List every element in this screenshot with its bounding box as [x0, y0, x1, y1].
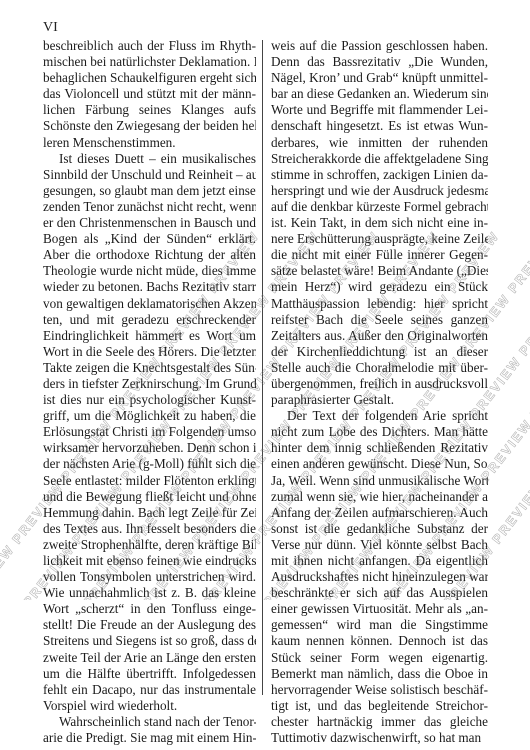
text-line: hervorragender Weise solistisch beschäf-: [271, 682, 488, 698]
text-line: von gewaltigen deklamatorischen Akzen-: [43, 296, 256, 312]
left-column: beschreiblich auch der Fluss im Rhyth-mi…: [43, 38, 256, 746]
document-page: VI beschreiblich auch der Fluss im Rhyth…: [0, 0, 530, 750]
text-line: Nägel, Kron’ und Grab“ knüpft unmittel-: [271, 70, 488, 86]
right-column: weis auf die Passion geschlossen haben.D…: [271, 38, 488, 746]
text-line: fehlt ein Dacapo, nur das instrumentale: [43, 682, 256, 698]
text-line: ist. Kein Takt, in dem sich nicht eine i…: [271, 215, 488, 231]
text-line: zweite Strophenhälfte, deren kräftige Bi…: [43, 537, 256, 553]
text-line: Wort in die Seele des Hörers. Die letzte…: [43, 344, 256, 360]
text-line: nere Erschütterung ausprägte, keine Zeil…: [271, 231, 488, 247]
text-line: zweite Teil der Arie an Länge den ersten: [43, 650, 256, 666]
text-line: denschaft hingesetzt. Es ist etwas Wun-: [271, 118, 488, 134]
text-line: zenden Tenor zunächst nicht recht, wenn: [43, 199, 256, 215]
text-line: bar an diese Gedanken an. Wiederum sind: [271, 86, 488, 102]
text-line: Schönste den Zwiegesang der beiden hel-: [43, 118, 256, 134]
text-line: Wort „scherzt“ in den Tonfluss einge-: [43, 601, 256, 617]
text-line: Stelle auch die Choralmelodie mit über-: [271, 360, 488, 376]
text-line: Bemerkt man nämlich, dass die Oboe in: [271, 666, 488, 682]
text-line: herspringt und wie der Ausdruck jedesmal: [271, 183, 488, 199]
text-line: übergenommen, freilich in ausdrucksvoll: [271, 376, 488, 392]
text-line: Worte und Begriffe mit flammender Lei-: [271, 102, 488, 118]
text-line: Aber die orthodoxe Richtung der alten: [43, 247, 256, 263]
text-line: und die Bewegung fließt leicht und ohne: [43, 489, 256, 505]
text-line: Anfang der Zeilen aufmarschieren. Auch: [271, 505, 488, 521]
column-divider: [262, 40, 263, 695]
text-line: gemessen“ wird man die Singstimme: [271, 617, 488, 633]
text-line: Sinnbild der Unschuld und Reinheit – aus…: [43, 167, 256, 183]
text-line: lichen Färbung seines Klanges aufs: [43, 102, 256, 118]
text-line: Bogen als „Kind der Sünden“ erklärt.: [43, 231, 256, 247]
text-line: mein Herz“) wird geradezu ein Stück: [271, 279, 488, 295]
text-line: der Kirchenlieddichtung ist an dieser: [271, 344, 488, 360]
text-line: der nächsten Arie (g-Moll) fühlt sich di…: [43, 456, 256, 472]
text-line: das Violoncell und stützt mit der männ-: [43, 86, 256, 102]
text-line: wirksamer hervorzuheben. Denn schon in: [43, 440, 256, 456]
text-line: Theologie wurde nicht müde, dies immer: [43, 263, 256, 279]
text-line: Wahrscheinlich stand nach der Tenor-: [43, 714, 256, 730]
text-line: sonst ist die gedankliche Substanz der: [271, 521, 488, 537]
text-line: Verse nur dünn. Viel könnte selbst Bach: [271, 537, 488, 553]
text-line: des Textes aus. Ihn fesselt besonders di…: [43, 521, 256, 537]
text-line: Denn das Bassrezitativ „Die Wunden,: [271, 54, 488, 70]
text-line: Erlösungstat Christi im Folgenden umso: [43, 424, 256, 440]
text-line: paraphrasierter Gestalt.: [271, 392, 488, 408]
text-line: um die Hälfte übertrifft. Infolgedessen: [43, 666, 256, 682]
text-line: tigt ist, und das begleitende Streichor-: [271, 698, 488, 714]
text-line: einen anderen gewünscht. Diese Nun, So,: [271, 456, 488, 472]
text-line: ten, und mit geradezu erschreckender: [43, 312, 256, 328]
text-line: Eindringlichkeit hämmert es Wort um: [43, 328, 256, 344]
text-line: beschränkte er sich auf das Ausspielen: [271, 585, 488, 601]
text-line: Takte zeigen die Knechtsgestalt des Sün-: [43, 360, 256, 376]
text-line: er den Christenmenschen in Bausch und: [43, 215, 256, 231]
text-line: stimme in schroffen, zackigen Linien da-: [271, 167, 488, 183]
text-line: die nicht mit einer Fülle innerer Gegen-: [271, 247, 488, 263]
text-line: mischen bei natürlichster Deklamation. I…: [43, 54, 256, 70]
text-line: nicht zum Lobe des Dichters. Man hätte: [271, 424, 488, 440]
text-line: Tuttimotiv dazwischenwirft, so hat man: [271, 730, 488, 746]
text-line: Vorspiel wird wiederholt.: [43, 698, 256, 714]
text-line: ders in tiefster Zerknirschung. Im Grund…: [43, 376, 256, 392]
text-line: lichkeit mit ebenso feinen wie eindrucks…: [43, 553, 256, 569]
text-line: weis auf die Passion geschlossen haben.: [271, 38, 488, 54]
text-line: Zeitalters aus. Außer den Originalworten: [271, 328, 488, 344]
text-line: beschreiblich auch der Fluss im Rhyth-: [43, 38, 256, 54]
text-line: kaum nennen können. Dennoch ist das: [271, 633, 488, 649]
text-line: zumal wenn sie, wie hier, nacheinander a…: [271, 489, 488, 505]
text-line: hinter dem innig schließenden Rezitativ: [271, 440, 488, 456]
text-line: chester hartnäckig immer das gleiche: [271, 714, 488, 730]
page-number: VI: [43, 20, 58, 36]
text-line: auf die denkbar kürzeste Formel gebracht: [271, 199, 488, 215]
text-line: Ist dieses Duett – ein musikalisches: [43, 151, 256, 167]
text-line: reifster Bach die Seele seines ganzen: [271, 312, 488, 328]
text-line: derbares, wie inmitten der ruhenden: [271, 135, 488, 151]
text-line: Ausdruckshaftes nicht hineinzulegen war,: [271, 569, 488, 585]
text-line: Streitens und Siegens ist so groß, dass …: [43, 633, 256, 649]
text-line: leren Menschenstimmen.: [43, 135, 256, 151]
text-line: sätze belastet wäre! Beim Andante („Dies…: [271, 263, 488, 279]
text-line: Der Text der folgenden Arie spricht: [271, 408, 488, 424]
text-line: Wie unnachahmlich ist z. B. das kleine: [43, 585, 256, 601]
text-line: Matthäuspassion lebendig: hier spricht: [271, 296, 488, 312]
text-line: einer gewissen Virtuosität. Mehr als „an…: [271, 601, 488, 617]
text-line: gesungen, so glaubt man dem jetzt einset…: [43, 183, 256, 199]
text-line: Hemmung dahin. Bach legt Zeile für Zeile: [43, 505, 256, 521]
text-line: stellt! Die Freude an der Auslegung des: [43, 617, 256, 633]
text-line: wieder zu betonen. Bachs Rezitativ starr…: [43, 279, 256, 295]
text-line: behaglichen Schaukelfiguren ergeht sich: [43, 70, 256, 86]
text-line: Stück seiner Form wegen eigenartig.: [271, 650, 488, 666]
text-line: arie die Predigt. Sie mag mit einem Hin-: [43, 730, 256, 746]
text-line: Seele entlastet: milder Flötenton erklin…: [43, 473, 256, 489]
text-line: ist dies nur ein psychologischer Kunst-: [43, 392, 256, 408]
text-line: Streicherakkorde die affektgeladene Sing…: [271, 151, 488, 167]
text-line: vollen Tonsymbolen unterstrichen wird.: [43, 569, 256, 585]
text-line: Ja, Weil. Wenn sind unmusikalische Worte…: [271, 473, 488, 489]
text-line: griff, um die Möglichkeit zu haben, die: [43, 408, 256, 424]
text-line: mit ihnen nicht anfangen. Da eigentlich: [271, 553, 488, 569]
